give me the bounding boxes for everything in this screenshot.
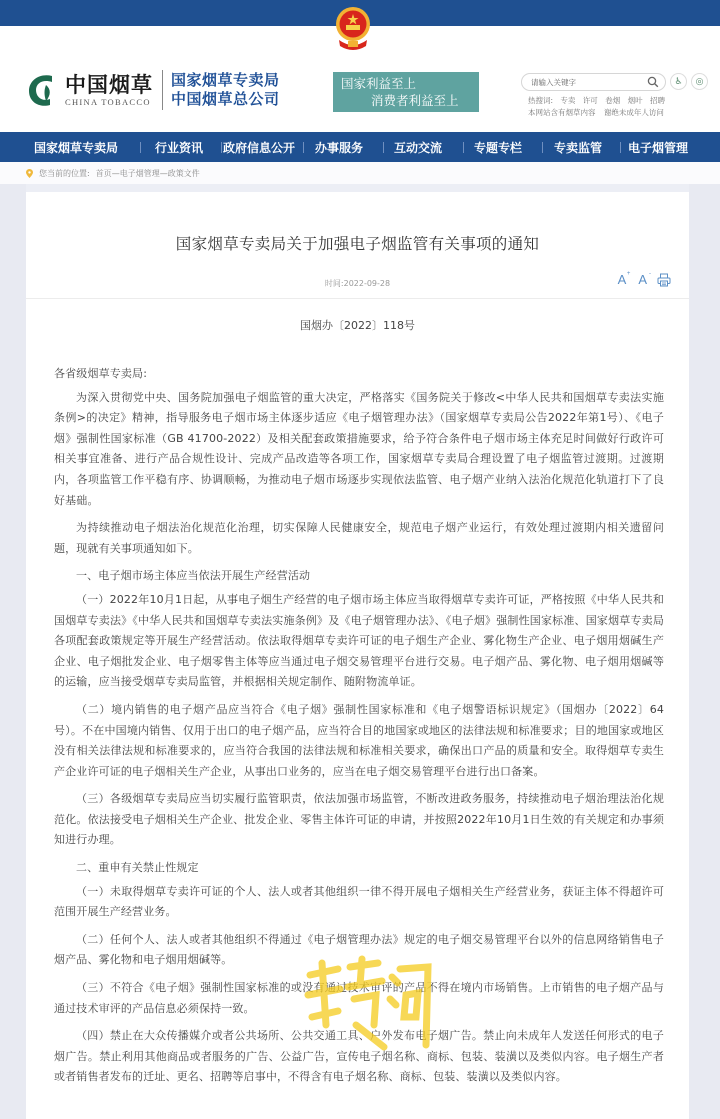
logo-en-text: CHINA TOBACCO xyxy=(65,97,153,107)
paragraph: 为持续推动电子烟法治化规范化治理，切实保障人民健康安全，规范电子烟产业运行，有效… xyxy=(54,518,664,559)
china-tobacco-logo-icon xyxy=(26,71,62,109)
salutation: 各省级烟草专卖局: xyxy=(54,364,664,385)
minor-refusal-notice: 谢绝未成年人访问 xyxy=(604,108,664,117)
paragraph: （一）2022年10月1日起，从事电子烟生产经营的电子烟市场主体应当取得烟草专卖… xyxy=(54,590,664,693)
paragraph: （四）禁止在大众传播媒介或者公共场所、公共交通工具、户外发布电子烟广告。禁止向未… xyxy=(54,1026,664,1088)
org-name-line1: 国家烟草专卖局 xyxy=(171,71,280,90)
nav-separator xyxy=(140,142,141,153)
nav-separator xyxy=(383,142,384,153)
paragraph: 为深入贯彻党中央、国务院加强电子烟监管的重大决定，严格落实《国务院关于修改<中华… xyxy=(54,388,664,512)
breadcrumb-prefix: 您当前的位置: xyxy=(39,168,90,179)
hot-word-link[interactable]: 许可 xyxy=(583,96,598,105)
logo-divider xyxy=(162,70,163,110)
slogan-line2: 消费者利益至上 xyxy=(341,92,479,109)
accessibility-button[interactable]: ♿ xyxy=(670,73,687,90)
title-divider xyxy=(26,298,689,299)
article-title: 国家烟草专卖局关于加强电子烟监管有关事项的通知 xyxy=(26,232,689,254)
nav-separator xyxy=(620,142,621,153)
page-margin-left xyxy=(0,184,26,1119)
accessibility-icon: ♿ xyxy=(674,77,682,87)
hot-words: 热搜词: 专卖 许可 卷烟 烟叶 招聘 xyxy=(528,95,670,107)
location-pin-icon xyxy=(26,169,33,178)
font-increase-label: A xyxy=(618,272,627,287)
paragraph: （三）各级烟草专卖局应当切实履行监管职责，依法加强市场监管，不断改进政务服务，持… xyxy=(54,789,664,851)
org-name: 国家烟草专卖局 中国烟草总公司 xyxy=(171,71,280,109)
nav-item-topics[interactable]: 专题专栏 xyxy=(474,139,522,156)
nav-separator xyxy=(463,142,464,153)
page-margin-right xyxy=(689,184,720,1119)
article-card: 国家烟草专卖局关于加强电子烟监管有关事项的通知 时间:2022-09-28 A+… xyxy=(26,192,689,1119)
nav-item-monopoly-supervision[interactable]: 专卖监管 xyxy=(554,139,602,156)
breadcrumb: 您当前的位置: 首页—电子烟管理—政策文件 xyxy=(0,162,720,184)
slogan-banner: 国家利益至上 消费者利益至上 xyxy=(333,72,479,112)
tobacco-content-notice: 本网站含有烟草内容 xyxy=(528,108,596,117)
nav-item-services[interactable]: 办事服务 xyxy=(315,139,363,156)
elder-mode-button[interactable]: ◎ xyxy=(691,73,708,90)
nav-item-industry-news[interactable]: 行业资讯 xyxy=(155,139,203,156)
hot-word-link[interactable]: 烟叶 xyxy=(628,96,643,105)
paragraph: （二）境内销售的电子烟产品应当符合《电子烟》强制性国家标准和《电子烟警语标识规定… xyxy=(54,700,664,782)
site-logo[interactable]: 中国烟草 CHINA TOBACCO 国家烟草专卖局 中国烟草总公司 xyxy=(26,70,280,110)
publish-date: 时间:2022-09-28 xyxy=(26,278,689,289)
hot-words-label: 热搜词: xyxy=(528,96,553,105)
search-box xyxy=(521,73,666,91)
hot-word-link[interactable]: 招聘 xyxy=(650,96,665,105)
print-icon[interactable] xyxy=(657,273,671,287)
slogan-line1: 国家利益至上 xyxy=(341,75,479,92)
breadcrumb-path[interactable]: 首页—电子烟管理—政策文件 xyxy=(96,168,200,179)
article-tools: A+ A- xyxy=(618,272,671,287)
nav-item-interaction[interactable]: 互动交流 xyxy=(394,139,442,156)
article-body: 各省级烟草专卖局: 为深入贯彻党中央、国务院加强电子烟监管的重大决定，严格落实《… xyxy=(54,364,664,1095)
font-decrease-button[interactable]: A- xyxy=(638,272,647,287)
logo-cn-text: 中国烟草 xyxy=(65,73,153,97)
nav-item-home[interactable]: 国家烟草专卖局 xyxy=(34,139,118,156)
section-heading: 二、重申有关禁止性规定 xyxy=(54,858,664,879)
nav-separator xyxy=(303,142,304,153)
hot-word-link[interactable]: 专卖 xyxy=(560,96,575,105)
hot-word-link[interactable]: 卷烟 xyxy=(605,96,620,105)
elder-mode-icon: ◎ xyxy=(696,77,704,87)
nav-item-gov-info[interactable]: 政府信息公开 xyxy=(223,139,295,156)
national-emblem-icon xyxy=(333,4,373,54)
section-heading: 一、电子烟市场主体应当依法开展生产经营活动 xyxy=(54,566,664,587)
search-input[interactable] xyxy=(531,78,647,87)
main-nav: 国家烟草专卖局 行业资讯 政府信息公开 办事服务 互动交流 专题专栏 专卖监管 … xyxy=(0,132,720,162)
search-icon[interactable] xyxy=(647,76,659,88)
nav-separator xyxy=(221,142,222,153)
paragraph: （三）不符合《电子烟》强制性国家标准的或没有通过技术审评的产品不得在境内市场销售… xyxy=(54,978,664,1019)
nav-separator xyxy=(542,142,543,153)
minor-notice: 本网站含有烟草内容 谢绝未成年人访问 xyxy=(528,107,670,119)
paragraph: （二）任何个人、法人或者其他组织不得通过《电子烟管理办法》规定的电子烟交易管理平… xyxy=(54,930,664,971)
paragraph: （一）未取得烟草专卖许可证的个人、法人或者其他组织一律不得开展电子烟相关生产经营… xyxy=(54,882,664,923)
nav-item-ecig-management[interactable]: 电子烟管理 xyxy=(628,139,688,156)
document-number: 国烟办〔2022〕118号 xyxy=(26,317,689,333)
font-decrease-label: A xyxy=(638,272,647,287)
font-increase-button[interactable]: A+ xyxy=(618,272,627,287)
org-name-line2: 中国烟草总公司 xyxy=(171,90,280,109)
